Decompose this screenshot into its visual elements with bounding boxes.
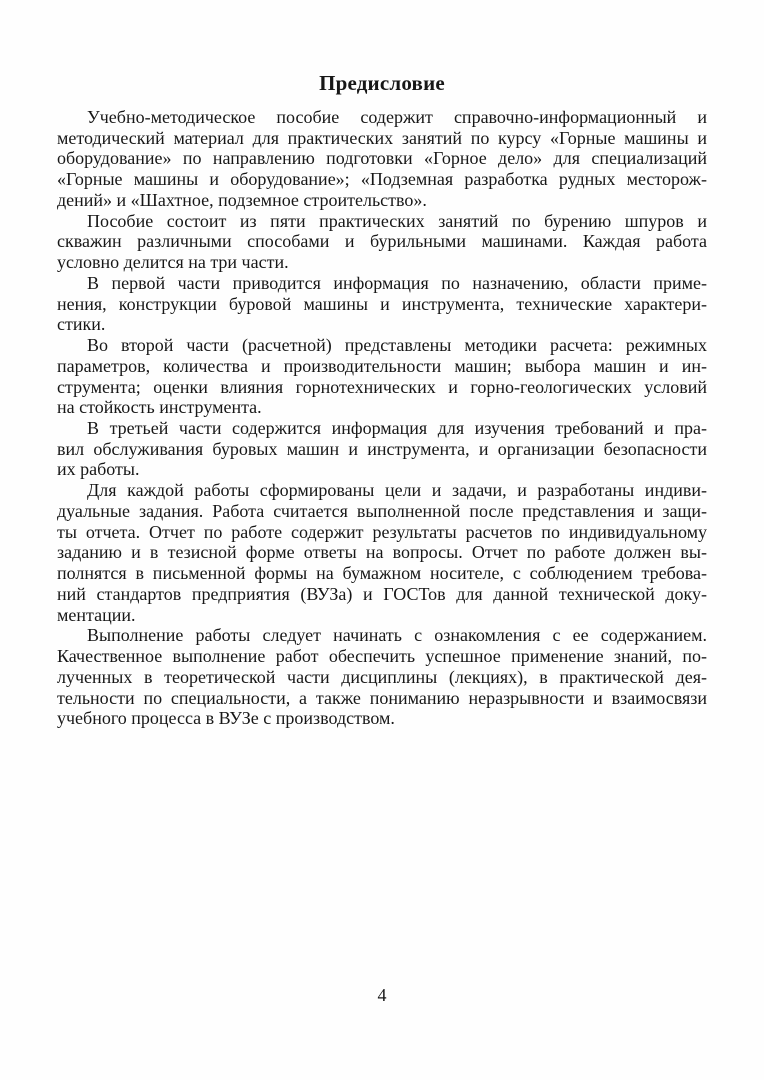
text-line: параметров, количества и производительно… — [57, 356, 707, 377]
text-line: ний стандартов предприятия (ВУЗа) и ГОСТ… — [57, 584, 707, 605]
document-page: Предисловие Учебно-методическое пособие … — [0, 0, 764, 1080]
text-line: лученных в теоретической части дисциплин… — [57, 667, 707, 688]
page-title: Предисловие — [57, 70, 707, 96]
text-line: ты отчета. Отчет по работе содержит резу… — [57, 522, 707, 543]
text-line: Пособие состоит из пяти практических зан… — [57, 211, 707, 232]
paragraph: В третьей части содержится информация дл… — [57, 418, 707, 480]
text-line: Качественное выполнение работ обеспечить… — [57, 646, 707, 667]
page-number: 4 — [0, 985, 764, 1006]
text-line: В третьей части содержится информация дл… — [57, 418, 707, 439]
text-line: ментации. — [57, 605, 707, 626]
text-line: на стойкость инструмента. — [57, 397, 707, 418]
body-text: Учебно-методическое пособие содержит спр… — [57, 107, 707, 729]
paragraph: Выполнение работы следует начинать с озн… — [57, 625, 707, 729]
paragraph: Учебно-методическое пособие содержит спр… — [57, 107, 707, 211]
paragraph: В первой части приводится информация по … — [57, 273, 707, 335]
text-line: Учебно-методическое пособие содержит спр… — [57, 107, 707, 128]
text-line: Во второй части (расчетной) представлены… — [57, 335, 707, 356]
text-line: дуальные задания. Работа считается выпол… — [57, 501, 707, 522]
paragraph: Пособие состоит из пяти практических зан… — [57, 211, 707, 273]
text-line: их работы. — [57, 459, 707, 480]
text-line: учебного процесса в ВУЗе с производством… — [57, 708, 707, 729]
text-line: вил обслуживания буровых машин и инструм… — [57, 439, 707, 460]
text-line: условно делится на три части. — [57, 252, 707, 273]
text-line: скважин различными способами и бурильным… — [57, 231, 707, 252]
text-line: «Горные машины и оборудование»; «Подземн… — [57, 169, 707, 190]
text-line: полнятся в письменной формы на бумажном … — [57, 563, 707, 584]
text-line: Выполнение работы следует начинать с озн… — [57, 625, 707, 646]
text-line: методический материал для практических з… — [57, 128, 707, 149]
text-line: В первой части приводится информация по … — [57, 273, 707, 294]
text-line: нения, конструкции буровой машины и инст… — [57, 294, 707, 315]
text-line: оборудование» по направлению подготовки … — [57, 148, 707, 169]
text-line: стики. — [57, 314, 707, 335]
text-line: заданию и в тезисной форме ответы на воп… — [57, 542, 707, 563]
paragraph: Для каждой работы сформированы цели и за… — [57, 480, 707, 625]
paragraph: Во второй части (расчетной) представлены… — [57, 335, 707, 418]
text-line: дений» и «Шахтное, подземное строительст… — [57, 190, 707, 211]
text-line: струмента; оценки влияния горнотехническ… — [57, 377, 707, 398]
text-line: Для каждой работы сформированы цели и за… — [57, 480, 707, 501]
text-line: тельности по специальности, а также пони… — [57, 688, 707, 709]
